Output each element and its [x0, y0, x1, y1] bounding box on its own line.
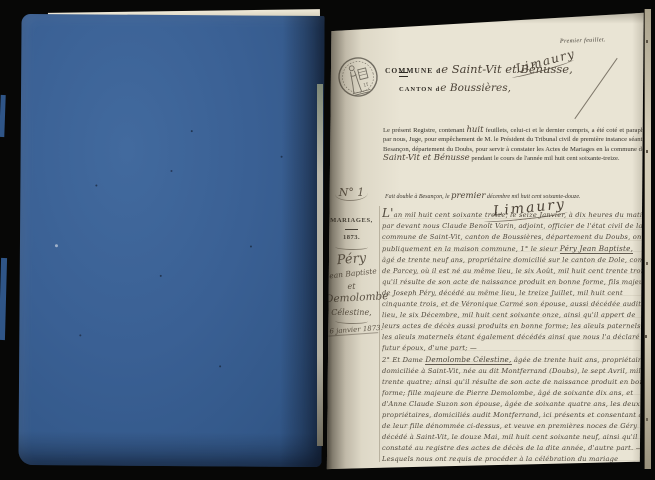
act-line: de Joseph Péry, décédé au même lieu, le … [382, 288, 643, 299]
act-line: domiciliée à Saint-Vit, née au dit Montf… [382, 366, 643, 377]
cover-speck [55, 244, 58, 247]
act-line: Lesquels nous ont requis de procéder à l… [382, 454, 643, 465]
act-line: publiquement en la maison commune, 1° le… [382, 243, 643, 255]
act-line: de leur fille dénommée ci-dessus, et veu… [382, 421, 643, 432]
act-line: leurs actes de décès aussi produits en b… [382, 321, 643, 332]
act-line: propriétaires, domiciliés audit Montferr… [382, 410, 643, 421]
act-line: d'Anne Claude Suzon son épouse, âgée de … [382, 399, 643, 410]
fore-edge-pages [644, 9, 651, 469]
act-line: futur époux, d'une part; — [382, 343, 643, 354]
commune-line: COMMUNE de Saint-Vit et Bénusse, [385, 60, 573, 78]
margin-rule-line [379, 206, 380, 462]
act-number-text: N° 1 [335, 186, 369, 201]
act-line: commune de Saint-Vit, canton de Boussièr… [382, 232, 643, 243]
act-number: N° 1 [325, 186, 378, 201]
register-book-scan: 1f Premier feuillet. Limaury COMMUNE de … [0, 0, 655, 480]
blue-cover [18, 14, 324, 467]
edge-ink-marks [646, 40, 648, 43]
attestation-text: pendant le cours de l'année mil huit cen… [470, 155, 620, 162]
act-line: les aïeuls maternels étant également déc… [382, 332, 643, 343]
commune-value: e Saint-Vit et Bénusse, [441, 62, 572, 76]
underlined-name: Péry Jean Baptiste, [560, 244, 633, 254]
canton-value: e Boussières, [440, 82, 511, 94]
cover-edge-sliver [0, 95, 6, 137]
margin-year: 1873. [325, 234, 378, 241]
act-line: constaté au registre des actes de décès … [382, 443, 643, 454]
gutter-page-edge [317, 84, 323, 446]
folio-note: Premier feuillet. [560, 37, 606, 45]
register-attestation-paragraph: Le présent Registre, contenant huit feui… [383, 126, 647, 163]
printed-ornament [399, 72, 408, 77]
date-handwritten: premier [451, 191, 485, 201]
marriage-act-body: L'an mil huit cent soixante treize, le s… [382, 208, 643, 465]
conjunction: et [325, 282, 378, 291]
printed-rule [345, 229, 358, 230]
act-line: L'an mil huit cent soixante treize, le s… [382, 208, 643, 221]
marriage-date: 16 janvier 1873. [325, 324, 378, 337]
attestation-text: Le présent Registre, contenant [383, 127, 466, 134]
canton-line: CANTON de Boussières, [399, 78, 511, 96]
commune-label: COMMUNE d [385, 66, 441, 75]
act-line: cinquante trois, et de Véronique Carmé s… [382, 299, 643, 310]
bride-surname: Demolombe [325, 291, 379, 306]
act-line: âgé de trente neuf ans, propriétaire dom… [382, 255, 643, 266]
act-line: décédé à Saint-Vit, le douze Mai, mil hu… [382, 432, 643, 443]
act-line: de Parcey, où il est né au même lieu, le… [382, 266, 643, 277]
act-line: par devant nous Claude Benoît Varin, adj… [382, 221, 643, 232]
signature-flourish-stroke [574, 58, 617, 119]
cover-speckles [191, 130, 193, 132]
bride-firstname: Célestine, [325, 308, 378, 317]
folios-count-handwritten: huit [466, 125, 483, 135]
revenue-stamp-icon: 1f [331, 46, 385, 109]
flourish-divider [335, 318, 368, 324]
cover-edge-sliver [0, 258, 7, 340]
flourish-divider [335, 244, 368, 250]
act-line: qu'il résulte de son acte de naissance p… [382, 277, 643, 288]
underlined-name: Demolombe Célestine, [425, 355, 511, 365]
act-line: lieu, le six Décembre, mil huit cent soi… [382, 310, 643, 321]
act-line: 2° Et Dame Demolombe Célestine, âgée de … [382, 354, 643, 366]
act-line: forme; fille majeure de Pierre Demolombe… [382, 388, 643, 399]
canton-label: CANTON d [399, 86, 440, 93]
act-line: trente quatre; ainsi qu'il résulte de so… [382, 377, 643, 388]
fait-double-text: Fait double à Besançon, le [385, 194, 451, 200]
margin-heading: MARIAGES, [325, 217, 378, 224]
register-page: 1f Premier feuillet. Limaury COMMUNE de … [323, 10, 645, 470]
